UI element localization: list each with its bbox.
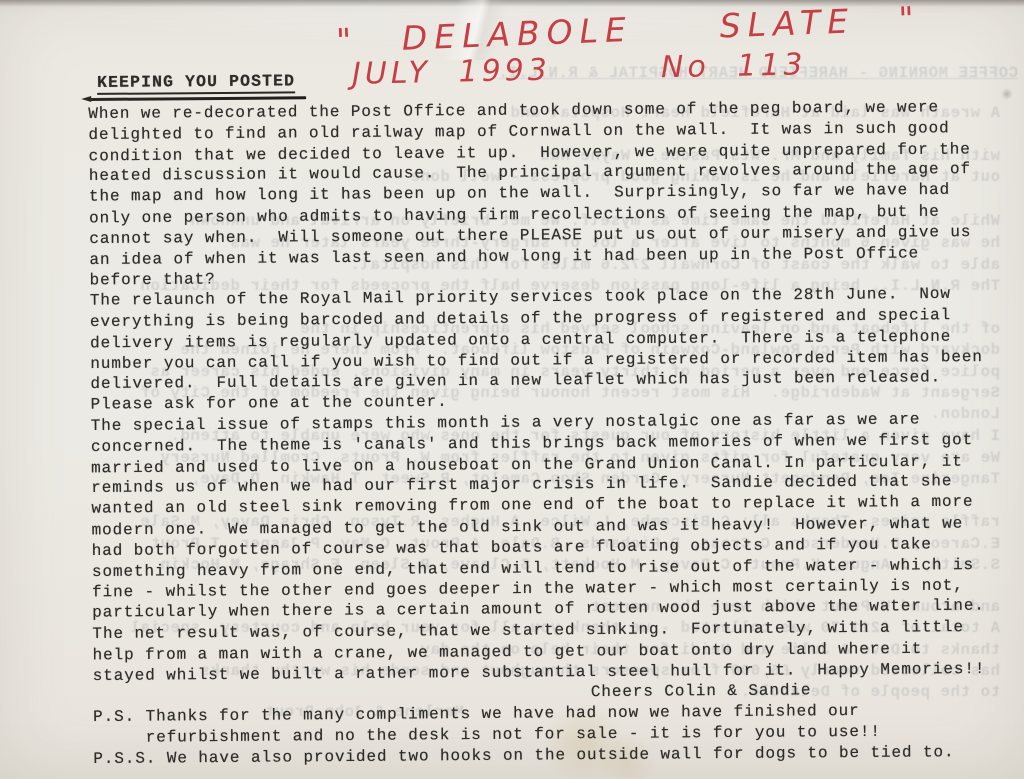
handwritten-title: " DELABOLE SLATE " [335, 0, 921, 60]
typed-document: KEEPING YOU POSTED When we re-decorated … [88, 66, 993, 770]
newsletter-heading: KEEPING YOU POSTED [97, 71, 295, 95]
heading-underline-arrow [90, 96, 306, 101]
body-text: When we re-decorated the Post Office and… [88, 97, 993, 686]
postscript-block: P.S. Thanks for the many compliments we … [93, 700, 993, 769]
scanned-newsletter-page: COFFEE MORNING - HAREFIELD HEART HOSPITA… [0, 0, 1024, 779]
